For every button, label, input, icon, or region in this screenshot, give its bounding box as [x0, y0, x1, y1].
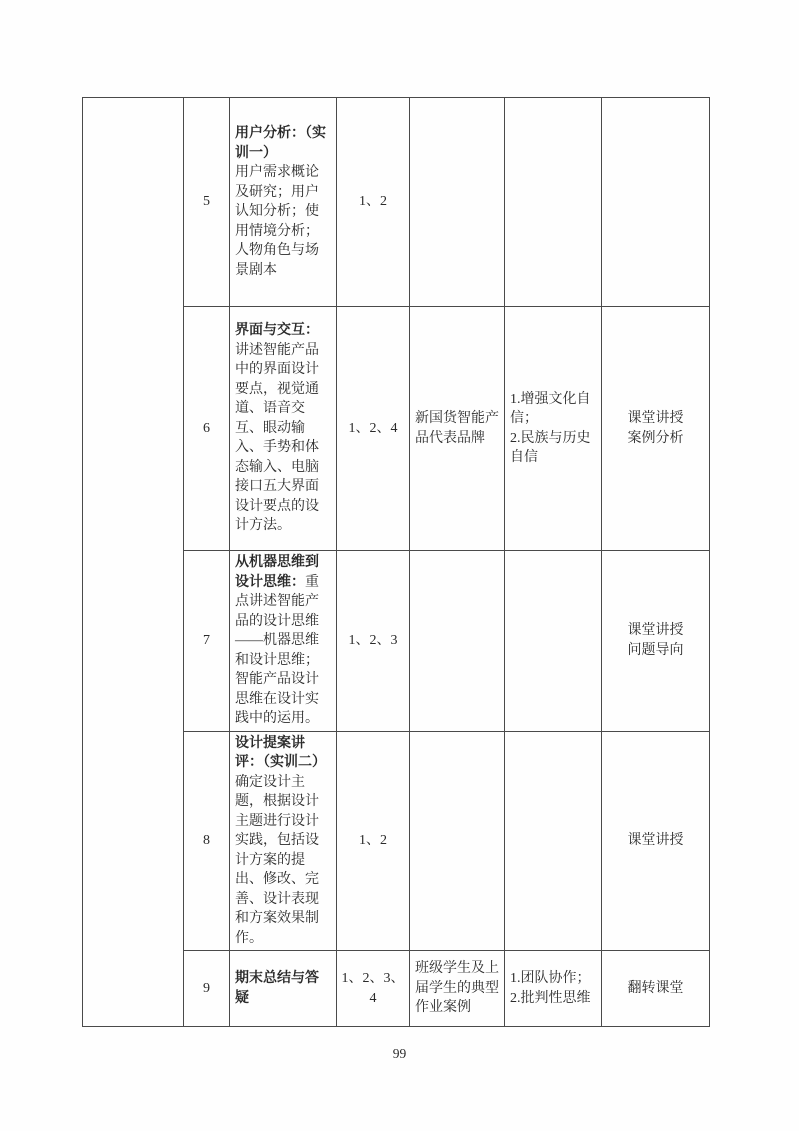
lesson-title: 界面与交互：: [235, 321, 331, 341]
row-number: 8: [184, 731, 230, 951]
lesson-title: 期末总结与答疑: [235, 969, 331, 1008]
ideology-cell: [505, 731, 602, 951]
objectives-cell: 1、2: [337, 731, 410, 951]
lesson-body: 讲述智能产品中的界面设计要点，视觉通道、语音交互、眼动输入、手势和体态输入、电脑…: [235, 343, 319, 534]
ideology-cell: 1.增强文化自信； 2.民族与历史自信: [505, 307, 602, 551]
ideology-cell: [505, 98, 602, 307]
page-number: 99: [0, 1046, 799, 1062]
case-cell: 新国货智能产品代表品牌: [410, 307, 505, 551]
document-page: 5 用户分析：（实训一）用户需求概论及研究；用户认知分析；使用情境分析；人物角色…: [0, 0, 799, 1131]
method-cell: 翻转课堂: [602, 951, 710, 1027]
objectives-cell: 1、2: [337, 98, 410, 307]
lesson-content-cell: 期末总结与答疑: [230, 951, 337, 1027]
lesson-content-cell: 用户分析：（实训一）用户需求概论及研究；用户认知分析；使用情境分析；人物角色与场…: [230, 98, 337, 307]
ideology-cell: 1.团队协作； 2.批判性思维: [505, 951, 602, 1027]
method-cell: 课堂讲授 问题导向: [602, 551, 710, 732]
case-cell: 班级学生及上届学生的典型作业案例: [410, 951, 505, 1027]
method-cell: 课堂讲授: [602, 731, 710, 951]
objectives-cell: 1、2、3、4: [337, 951, 410, 1027]
lesson-title: 设计提案讲评：（实训二）: [235, 734, 331, 773]
row-number: 5: [184, 98, 230, 307]
lesson-title: 用户分析：（实训一）: [235, 124, 331, 163]
row-number: 6: [184, 307, 230, 551]
case-cell: [410, 551, 505, 732]
lesson-body: 确定设计主题，根据设计主题进行设计实践，包括设计方案的提出、修改、完善、设计表现…: [235, 775, 319, 946]
method-cell: [602, 98, 710, 307]
case-cell: [410, 731, 505, 951]
table-row: 5 用户分析：（实训一）用户需求概论及研究；用户认知分析；使用情境分析；人物角色…: [83, 98, 710, 307]
objectives-cell: 1、2、4: [337, 307, 410, 551]
case-cell: [410, 98, 505, 307]
method-cell: 课堂讲授 案例分析: [602, 307, 710, 551]
lesson-body: 用户需求概论及研究；用户认知分析；使用情境分析；人物角色与场景剧本: [235, 165, 319, 278]
lesson-content-cell: 设计提案讲评：（实训二）确定设计主题，根据设计主题进行设计实践，包括设计方案的提…: [230, 731, 337, 951]
lesson-content-cell: 从机器思维到设计思维：重点讲述智能产品的设计思维——机器思维和设计思维；智能产品…: [230, 551, 337, 732]
lesson-content-cell: 界面与交互：讲述智能产品中的界面设计要点，视觉通道、语音交互、眼动输入、手势和体…: [230, 307, 337, 551]
merged-left-cell: [83, 98, 184, 1027]
lesson-body: 重点讲述智能产品的设计思维——机器思维和设计思维；智能产品设计思维在设计实践中的…: [235, 575, 319, 727]
row-number: 9: [184, 951, 230, 1027]
objectives-cell: 1、2、3: [337, 551, 410, 732]
ideology-cell: [505, 551, 602, 732]
row-number: 7: [184, 551, 230, 732]
syllabus-table: 5 用户分析：（实训一）用户需求概论及研究；用户认知分析；使用情境分析；人物角色…: [82, 97, 710, 1027]
